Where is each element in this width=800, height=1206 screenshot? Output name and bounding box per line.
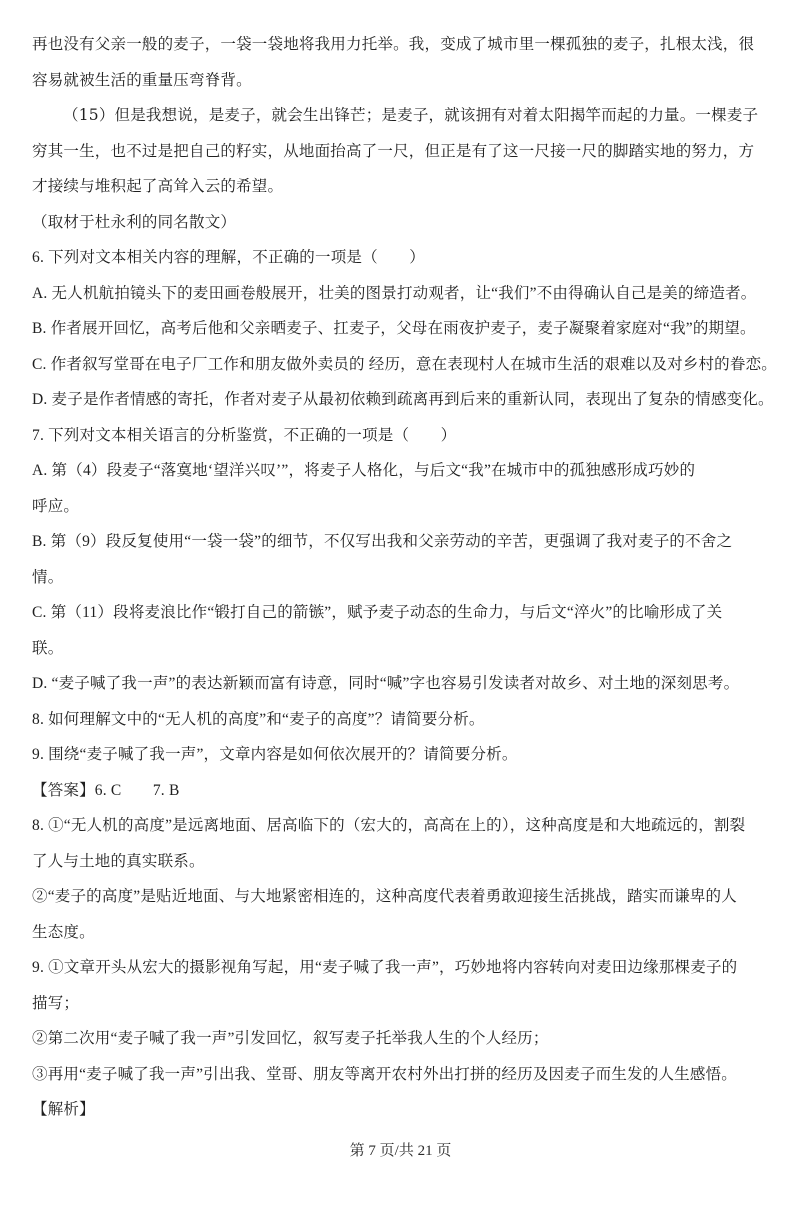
question-7-option-a-line-1: A. 第（4）段麦子“落寞地‘望洋兴叹’”，将麦子人格化，与后文“我”在城市中的… [32, 453, 769, 489]
question-7-option-d: D. “麦子喊了我一声”的表达新颖而富有诗意，同时“喊”字也容易引发读者对故乡、… [32, 666, 769, 702]
answer-8-point-1-line-2: 了人与土地的真实联系。 [32, 844, 769, 880]
question-6-option-b: B. 作者展开回忆，高考后他和父亲晒麦子、扛麦子，父母在雨夜护麦子，麦子凝聚着家… [32, 311, 769, 347]
answer-9-point-2: ②第二次用“麦子喊了我一声”引发回忆，叙写麦子托举我人生的个人经历； [32, 1021, 769, 1057]
question-6-option-c: C. 作者叙写堂哥在电子厂工作和朋友做外卖员的 经历，意在表现村人在城市生活的艰… [32, 347, 769, 383]
analysis-section-label: 【解析】 [32, 1092, 769, 1128]
answer-8-point-2-line-1: ②“麦子的高度”是贴近地面、与大地紧密相连的，这种高度代表着勇敢迎接生活挑战，踏… [32, 879, 769, 915]
answers-section: 【答案】6. C 7. B 8. ①“无人机的高度”是远离地面、居高临下的（宏大… [32, 773, 769, 1128]
passage-para15-line-2: 穷其一生，也不过是把自己的籽实，从地面抬高了一尺，但正是有了这一尺接一尺的脚踏实… [32, 134, 769, 170]
reading-passage: 再也没有父亲一般的麦子，一袋一袋地将我用力托举。我，变成了城市里一棵孤独的麦子，… [32, 27, 769, 240]
question-6-stem: 6. 下列对文本相关内容的理解，不正确的一项是（ ） [32, 240, 769, 276]
question-9-stem: 9. 围绕“麦子喊了我一声”，文章内容是如何依次展开的？请简要分析。 [32, 737, 769, 773]
exam-document-page: 再也没有父亲一般的麦子，一袋一袋地将我用力托举。我，变成了城市里一棵孤独的麦子，… [0, 0, 800, 1169]
passage-source-attribution: （取材于杜永利的同名散文） [32, 205, 769, 241]
page-footer: 第 7 页/共 21 页 [32, 1134, 769, 1169]
passage-para14-line-2: 容易就被生活的重量压弯脊背。 [32, 63, 769, 99]
passage-para15-line-3: 才接续与堆积起了高耸入云的希望。 [32, 169, 769, 205]
questions-section: 6. 下列对文本相关内容的理解，不正确的一项是（ ） A. 无人机航拍镜头下的麦… [32, 240, 769, 773]
passage-para14-line-1: 再也没有父亲一般的麦子，一袋一袋地将我用力托举。我，变成了城市里一棵孤独的麦子，… [32, 27, 769, 63]
question-7-option-b-line-2: 情。 [32, 560, 769, 596]
answer-8-point-2-line-2: 生态度。 [32, 915, 769, 951]
answer-8-point-1-line-1: 8. ①“无人机的高度”是远离地面、居高临下的（宏大的，高高在上的），这种高度是… [32, 808, 769, 844]
question-6-option-a: A. 无人机航拍镜头下的麦田画卷般展开，壮美的图景打动观者，让“我们”不由得确认… [32, 276, 769, 312]
question-7-option-b-line-1: B. 第（9）段反复使用“一袋一袋”的细节，不仅写出我和父亲劳动的辛苦，更强调了… [32, 524, 769, 560]
page-number-indicator: 第 7 页/共 21 页 [350, 1143, 452, 1159]
question-8-stem: 8. 如何理解文中的“无人机的高度”和“麦子的高度”？请简要分析。 [32, 702, 769, 738]
answer-key-line: 【答案】6. C 7. B [32, 773, 769, 809]
question-7-stem: 7. 下列对文本相关语言的分析鉴赏，不正确的一项是（ ） [32, 418, 769, 454]
question-6-option-d: D. 麦子是作者情感的寄托，作者对麦子从最初依赖到疏离再到后来的重新认同，表现出… [32, 382, 769, 418]
passage-para15-line-1: （15）但是我想说，是麦子，就会生出锋芒；是麦子，就该拥有对着太阳揭竿而起的力量… [32, 98, 769, 134]
answer-9-point-1-line-2: 描写； [32, 986, 769, 1022]
answer-9-point-3: ③再用“麦子喊了我一声”引出我、堂哥、朋友等离开农村外出打拼的经历及因麦子而生发… [32, 1057, 769, 1093]
answer-9-point-1-line-1: 9. ①文章开头从宏大的摄影视角写起，用“麦子喊了我一声”，巧妙地将内容转向对麦… [32, 950, 769, 986]
question-7-option-c-line-2: 联。 [32, 631, 769, 667]
question-7-option-c-line-1: C. 第（11）段将麦浪比作“锻打自己的箭镞”，赋予麦子动态的生命力，与后文“淬… [32, 595, 769, 631]
question-7-option-a-line-2: 呼应。 [32, 489, 769, 525]
